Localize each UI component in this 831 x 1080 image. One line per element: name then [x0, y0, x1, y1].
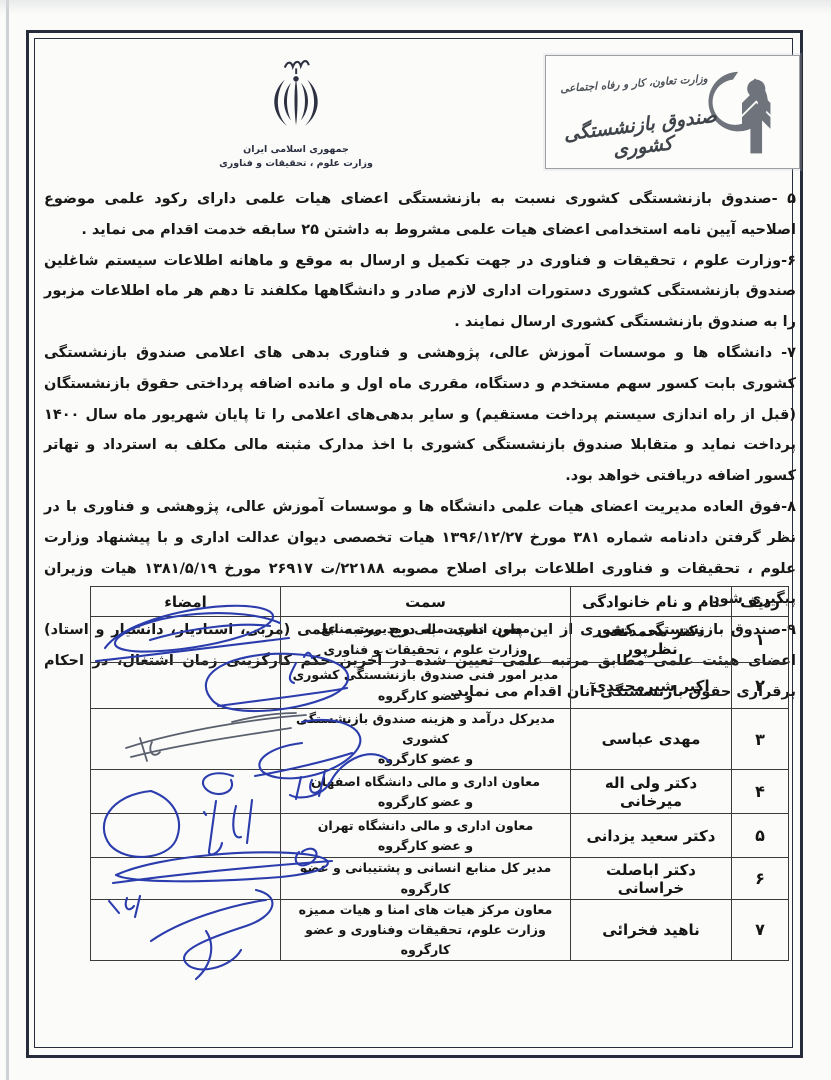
member-position: معاون اداری و مالی دانشگاه تهرانو عضو کا…	[281, 814, 571, 858]
member-position: مدیر امور فنی صندوق بازنشستگی کشوریو عضو…	[281, 663, 571, 709]
table-row: ۶ دکتر اباصلت خراسانی مدیر کل منابع انسا…	[91, 858, 789, 899]
position-line-1: معاون مرکز هیات های امنا و هیات ممیزه	[299, 902, 553, 917]
member-name: دکتر اباصلت خراسانی	[571, 858, 732, 899]
signature-cell	[91, 770, 281, 814]
col-header-row-number: ردیف	[732, 587, 789, 617]
table-row: ۷ ناهید فخرائی معاون مرکز هیات های امنا …	[91, 899, 789, 960]
position-line-2: و عضو کارگروه	[378, 751, 473, 766]
member-name: اکبر شیرمحمدی	[571, 663, 732, 709]
paragraph-5: ۵ -صندوق بازنشستگی کشوری نسبت به بازنشست…	[44, 184, 796, 246]
position-line-1: مدیرکل درآمد و هزینه صندوق بازنشستگی کشو…	[296, 711, 555, 746]
signature-cell	[91, 814, 281, 858]
paragraph-6: ۶-وزارت علوم ، تحقیقات و فناوری در جهت ت…	[44, 246, 796, 338]
member-position: معاون اداری، مالی ومدیریت منابعوزارت علو…	[281, 617, 571, 663]
table-row: ۲ اکبر شیرمحمدی مدیر امور فنی صندوق بازن…	[91, 663, 789, 709]
cooperatives-ministry-caption: وزارت تعاون، کار و رفاه اجتماعی	[559, 73, 709, 95]
signature-cell	[91, 663, 281, 709]
member-position: مدیرکل درآمد و هزینه صندوق بازنشستگی کشو…	[281, 709, 571, 770]
table-row: ۵ دکتر سعید یزدانی معاون اداری و مالی دا…	[91, 814, 789, 858]
row-number: ۳	[732, 709, 789, 770]
row-number: ۲	[732, 663, 789, 709]
signatories-table: ردیف نام و نام خانوادگی سمت امضاء ۱ دکتر…	[90, 586, 789, 961]
signature-cell	[91, 899, 281, 960]
emblem-caption-country: جمهوری اسلامی ایران	[215, 144, 377, 155]
scan-shade-artifact	[0, 0, 831, 14]
table-row: ۳ مهدی عباسی مدیرکل درآمد و هزینه صندوق …	[91, 709, 789, 770]
position-line-2: وزارت علوم ، تحقیقات و فناوری	[324, 642, 528, 657]
row-number: ۴	[732, 770, 789, 814]
col-header-signature: امضاء	[91, 587, 281, 617]
table-row: ۱ دکتر محمدتقی نظرپور معاون اداری، مالی …	[91, 617, 789, 663]
row-number: ۱	[732, 617, 789, 663]
position-line-1: معاون اداری و مالی دانشگاه اصفهان	[311, 774, 540, 789]
signature-cell	[91, 709, 281, 770]
position-line-2: و عضو کارگروه	[378, 838, 473, 853]
row-number: ۵	[732, 814, 789, 858]
pension-fund-title: صندوق بازنشستگی کشوری	[552, 104, 731, 169]
paragraph-7: ۷- دانشگاه ها و موسسات آموزش عالی، پژوهش…	[44, 338, 796, 492]
member-name: دکتر ولی اله میرخانی	[571, 770, 732, 814]
ministry-of-science-emblem-block: جمهوری اسلامی ایران وزارت علوم ، تحقیقات…	[215, 58, 377, 169]
pension-fund-logo-box: وزارت تعاون، کار و رفاه اجتماعی صندوق با…	[545, 55, 800, 169]
emblem-caption-ministry: وزارت علوم ، تحقیقات و فناوری	[215, 158, 377, 169]
member-name: ناهید فخرائی	[571, 899, 732, 960]
member-position: مدیر کل منابع انسانی و پشتیبانی و عضو کا…	[281, 858, 571, 899]
col-header-name: نام و نام خانوادگی	[571, 587, 732, 617]
row-number: ۶	[732, 858, 789, 899]
position-line-1: مدیر امور فنی صندوق بازنشستگی کشوری	[293, 667, 559, 682]
position-line-2: وزارت علوم، تحقیقات وفناوری و عضو کارگرو…	[305, 922, 546, 957]
member-position: معاون مرکز هیات های امنا و هیات ممیزهوزا…	[281, 899, 571, 960]
member-position: معاون اداری و مالی دانشگاه اصفهانو عضو ک…	[281, 770, 571, 814]
member-name: دکتر سعید یزدانی	[571, 814, 732, 858]
position-line-1: معاون اداری، مالی ومدیریت منابع	[321, 621, 530, 636]
scan-edge-artifact	[6, 0, 9, 1080]
position-line-2: و عضو کارگروه	[378, 794, 473, 809]
signature-cell	[91, 858, 281, 899]
position-line-2: و عضو کارگروه	[378, 688, 473, 703]
table-row: ۴ دکتر ولی اله میرخانی معاون اداری و مال…	[91, 770, 789, 814]
iran-coat-of-arms-icon	[259, 58, 333, 138]
member-name: مهدی عباسی	[571, 709, 732, 770]
row-number: ۷	[732, 899, 789, 960]
col-header-position: سمت	[281, 587, 571, 617]
position-line-1: مدیر کل منابع انسانی و پشتیبانی و عضو کا…	[300, 860, 552, 895]
position-line-1: معاون اداری و مالی دانشگاه تهران	[318, 818, 534, 833]
member-name: دکتر محمدتقی نظرپور	[571, 617, 732, 663]
signature-cell	[91, 617, 281, 663]
table-header-row: ردیف نام و نام خانوادگی سمت امضاء	[91, 587, 789, 617]
scanned-document-page: جمهوری اسلامی ایران وزارت علوم ، تحقیقات…	[0, 0, 831, 1080]
